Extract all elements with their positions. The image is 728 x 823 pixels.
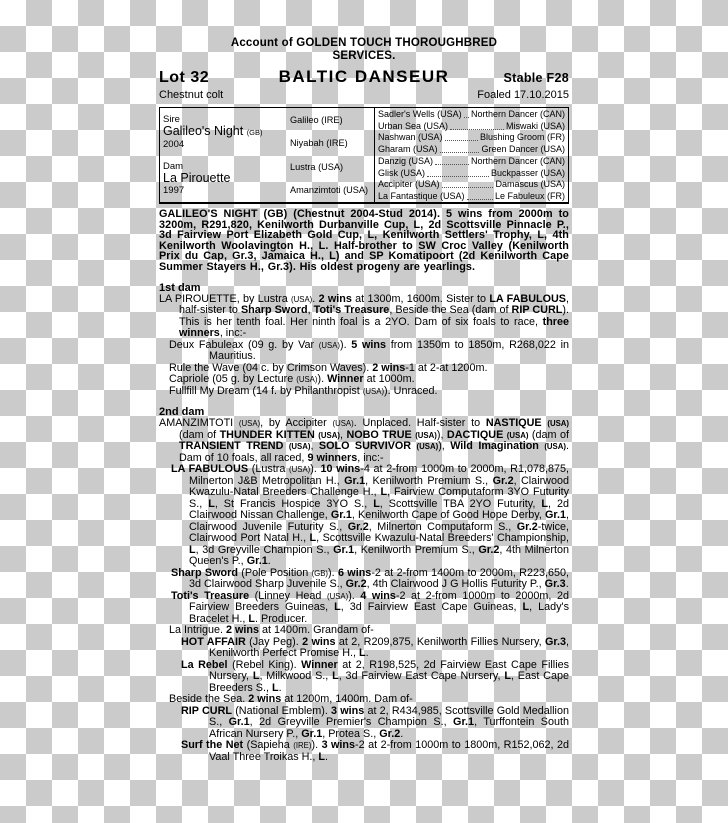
pedigree-paragraph: HOT AFFAIR (Jay Peg). 2 wins at 2, R209,… — [159, 637, 569, 660]
pedigree-paragraph: Sharp Sword (Pole Position (GB)). 6 wins… — [159, 568, 569, 591]
pedigree-paragraph: Toti's Treasure (Linney Head (USA)). 4 w… — [159, 591, 569, 626]
horse-description: Chestnut colt — [159, 89, 223, 101]
ancestor-left: Glisk (USA) — [378, 168, 425, 178]
sire-year: 2004 — [163, 139, 290, 150]
account-line-1: Account of GOLDEN TOUCH THOROUGHBRED — [159, 37, 569, 50]
dam-section: 1st damLA PIROUETTE, by Lustra (USA). 2 … — [159, 282, 569, 398]
horse-name: BALTIC DANSEUR — [264, 67, 464, 87]
ancestor-row: Urban Sea (USA)Miswaki (USA) — [378, 120, 565, 132]
ancestor-left: Accipiter (USA) — [378, 179, 440, 189]
pedigree-paragraph: RIP CURL (National Emblem). 3 wins at 2,… — [159, 706, 569, 741]
dotted-leader — [427, 169, 489, 177]
ancestor-left: Sadler's Wells (USA) — [378, 109, 462, 119]
ancestor-right: Blushing Groom (FR) — [480, 132, 565, 142]
ancestor-right: Miswaki (USA) — [506, 121, 565, 131]
sire-name-text: Galileo's Night — [163, 124, 243, 138]
pedigree-paragraph: Fullfill My Dream (14 f. by Philanthropi… — [159, 386, 569, 398]
ancestor-row: Gharam (USA)Green Dancer (USA) — [378, 143, 565, 155]
dotted-leader — [445, 133, 478, 141]
ancestor-row: La Fantastique (USA)Le Fabuleux (FR) — [378, 190, 565, 202]
ancestor-right: Green Dancer (USA) — [481, 144, 565, 154]
ancestor-left: Nashwan (USA) — [378, 132, 443, 142]
dam-year: 1997 — [163, 185, 290, 196]
dotted-leader — [435, 157, 469, 165]
ancestor-left: La Fantastique (USA) — [378, 191, 465, 201]
dam-name: La Pirouette — [163, 172, 290, 185]
dam-block: Dam La Pirouette 1997 — [163, 155, 290, 202]
pedigree-paragraph: Surf the Net (Sapieha (IRE)). 3 wins-2 a… — [159, 740, 569, 763]
dotted-leader — [450, 122, 504, 130]
ancestor-right: Damascus (USA) — [495, 179, 565, 189]
ancestor-row: Danzig (USA)Northern Dancer (CAN) — [378, 155, 565, 167]
sire-country: (GB) — [247, 128, 263, 137]
sire-block: Sire Galileo's Night (GB) 2004 — [163, 108, 290, 155]
pedigree-paragraph: Deux Fabuleax (09 g. by Var (USA)). 5 wi… — [159, 340, 569, 363]
ancestor-left: Danzig (USA) — [378, 156, 433, 166]
dam-sections: 1st damLA PIROUETTE, by Lustra (USA). 2 … — [159, 282, 569, 764]
great-grandparents-column: Sadler's Wells (USA)Northern Dancer (CAN… — [374, 108, 568, 202]
sire-summary-paragraph: GALILEO'S NIGHT (GB) (Chestnut 2004-Stud… — [159, 209, 569, 273]
ancestor-right: Le Fabuleux (FR) — [495, 191, 565, 201]
pedigree-table: Sire Galileo's Night (GB) 2004 Dam La Pi… — [159, 107, 569, 204]
grandparent-name: Niyabah (IRE) — [290, 132, 374, 156]
horse-subheader-row: Chestnut colt Foaled 17.10.2015 — [159, 89, 569, 101]
pedigree-paragraph: La Rebel (Rebel King). Winner at 2, R198… — [159, 660, 569, 695]
grandparent-name: Lustra (USA) — [290, 155, 374, 179]
dotted-leader — [440, 145, 480, 153]
dotted-leader — [467, 192, 493, 200]
ancestor-right: Northern Dancer (CAN) — [471, 109, 565, 119]
dotted-leader — [442, 180, 494, 188]
grandparent-name: Amanzimtoti (USA) — [290, 179, 374, 203]
ancestor-row: Sadler's Wells (USA)Northern Dancer (CAN… — [378, 108, 565, 120]
sire-name: Galileo's Night (GB) — [163, 125, 290, 139]
ancestor-row: Glisk (USA)Buckpasser (USA) — [378, 167, 565, 179]
grandparents-column: Galileo (IRE)Niyabah (IRE)Lustra (USA)Am… — [290, 108, 374, 202]
foaled-date: Foaled 17.10.2015 — [477, 89, 569, 101]
account-line-2: SERVICES. — [159, 50, 569, 63]
dam-section: 2nd damAMANZIMTOTI (USA), by Accipiter (… — [159, 406, 569, 763]
catalog-page: Account of GOLDEN TOUCH THOROUGHBRED SER… — [159, 37, 569, 763]
dotted-leader — [464, 110, 469, 118]
ancestor-row: Accipiter (USA)Damascus (USA) — [378, 179, 565, 191]
grandparent-name: Galileo (IRE) — [290, 108, 374, 132]
pedigree-paragraph: LA FABULOUS (Lustra (USA)). 10 wins-4 at… — [159, 464, 569, 568]
stable-number: Stable F28 — [464, 71, 569, 85]
ancestor-left: Urban Sea (USA) — [378, 121, 448, 131]
pedigree-paragraph: LA PIROUETTE, by Lustra (USA). 2 wins at… — [159, 294, 569, 340]
lot-header-row: Lot 32 BALTIC DANSEUR Stable F28 — [159, 67, 569, 87]
pedigree-paragraph: AMANZIMTOTI (USA), by Accipiter (USA). U… — [159, 418, 569, 464]
parents-column: Sire Galileo's Night (GB) 2004 Dam La Pi… — [160, 108, 290, 202]
ancestor-left: Gharam (USA) — [378, 144, 438, 154]
ancestor-right: Buckpasser (USA) — [491, 168, 565, 178]
lot-number: Lot 32 — [159, 69, 264, 87]
ancestor-row: Nashwan (USA)Blushing Groom (FR) — [378, 132, 565, 144]
ancestor-right: Northern Dancer (CAN) — [471, 156, 565, 166]
